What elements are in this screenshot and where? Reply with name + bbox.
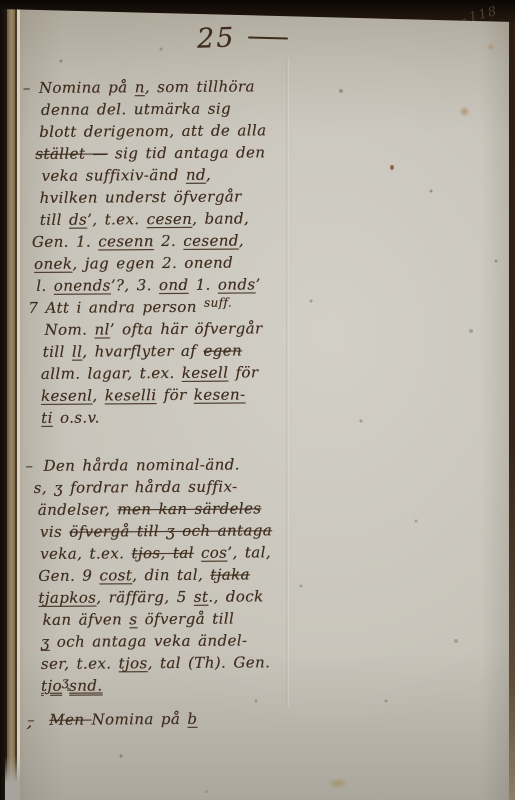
manuscript-line: blott derigenom, att de alla bbox=[39, 119, 288, 143]
struck-word: tjaka bbox=[210, 565, 250, 583]
page-stack-edge bbox=[7, 0, 15, 800]
manuscript-line: tjapkos, räffärg, 5 st., dock bbox=[38, 585, 291, 609]
text-segment: suff. bbox=[204, 295, 232, 309]
underlined-word: tjapkos bbox=[38, 588, 96, 606]
book-edge-right bbox=[509, 0, 515, 800]
underlined-word: keselli bbox=[105, 386, 157, 404]
text-segment: Nomina på bbox=[39, 78, 135, 97]
underlined-word: nd bbox=[186, 166, 206, 184]
text-segment: Den hårda nominal-änd. bbox=[43, 455, 239, 474]
text-segment: ’ bbox=[255, 275, 260, 293]
manuscript-line: vis öfvergå till ʒ och antaga bbox=[40, 519, 291, 543]
manuscript-line: kesenl, keselli för kesen- bbox=[41, 383, 290, 407]
text-segment: till bbox=[43, 343, 72, 361]
ink-stain bbox=[390, 165, 394, 170]
text-segment bbox=[194, 544, 201, 562]
manuscript-line: allm. lagar, t.ex. kesell för bbox=[41, 361, 290, 385]
underlined-word: kesenl bbox=[41, 386, 93, 404]
underlined-word: snd. bbox=[69, 676, 102, 694]
text-segment: Nomina på bbox=[91, 710, 187, 729]
manuscript-line: hvilken underst öfvergår bbox=[39, 185, 288, 209]
manuscript-line: Nom. nl’ ofta här öfvergår bbox=[44, 317, 289, 341]
underlined-word: cesend bbox=[183, 231, 239, 249]
underlined-word: tjo bbox=[41, 677, 62, 695]
book-spine bbox=[0, 0, 7, 800]
text-segment: kan äfven bbox=[42, 610, 129, 629]
manuscript-line: stället — sig tid antaga den bbox=[35, 141, 288, 165]
manuscript-line: ser, t.ex. tjos, tal (Th). Gen. bbox=[41, 651, 292, 675]
manuscript-line: till ds’, t.ex. cesen, band, bbox=[40, 207, 289, 231]
struck-word: öfvergå till ʒ och antaga bbox=[69, 521, 272, 540]
text-segment: hvilken underst öfvergår bbox=[40, 187, 242, 206]
manuscript-line: Den hårda nominal-änd. bbox=[43, 453, 290, 477]
underlined-word: tjos bbox=[118, 654, 147, 672]
text-segment: ändelser, bbox=[38, 500, 118, 519]
manuscript-line: kan äfven s öfvergå till bbox=[42, 607, 291, 631]
underlined-word: s bbox=[129, 610, 137, 628]
underlined-word: ʒ bbox=[62, 675, 69, 689]
text-segment: denna del. utmärka sig bbox=[41, 99, 231, 118]
text-segment: ’ ofta här öfvergår bbox=[110, 319, 263, 338]
manuscript-text: –Nomina på n, som tillhöradenna del. utm… bbox=[26, 75, 293, 731]
text-segment: l. bbox=[36, 277, 54, 295]
text-segment: ser, t.ex. bbox=[41, 654, 119, 673]
manuscript-paragraph: –Men Nomina på b bbox=[30, 707, 292, 731]
text-segment: för bbox=[156, 386, 193, 404]
text-segment: veka, t.ex. bbox=[40, 544, 132, 563]
text-segment: blott derigenom, att de alla bbox=[39, 121, 266, 141]
manuscript-line: Gen. 9 cost, din tal, tjaka bbox=[38, 563, 291, 587]
underlined-word: nl bbox=[94, 320, 109, 338]
struck-word: egen bbox=[203, 341, 242, 359]
struck-word: stället — bbox=[35, 144, 108, 163]
underlined-word: cost bbox=[99, 566, 132, 584]
text-segment: 7 Att i andra person bbox=[28, 298, 204, 317]
manuscript-paragraph: –Den hårda nominal-änd.s, ʒ fordrar hård… bbox=[28, 453, 292, 697]
text-segment: , bbox=[239, 231, 244, 249]
paragraph-dash-marker: – bbox=[25, 455, 33, 477]
struck-word: Men bbox=[49, 710, 91, 728]
text-segment: 2. bbox=[154, 232, 184, 250]
manuscript-line: ʒ och antaga veka ändel- bbox=[41, 629, 292, 653]
text-segment: 1. bbox=[188, 276, 218, 294]
text-segment: Gen. 9 bbox=[38, 566, 99, 584]
text-segment: för bbox=[228, 363, 258, 381]
text-segment: , jag egen 2. onend bbox=[72, 253, 233, 272]
rust-stain bbox=[487, 43, 495, 51]
text-segment: , räffärg, 5 bbox=[96, 588, 194, 607]
text-segment: öfvergå till bbox=[137, 609, 234, 628]
underlined-word: cesen bbox=[147, 210, 193, 228]
underlined-word: onds bbox=[218, 275, 256, 293]
page-number: 25 bbox=[196, 22, 235, 54]
page-stack-highlight-line bbox=[17, 0, 20, 800]
text-segment: Gen. 1. bbox=[32, 232, 98, 250]
underlined-word: kesell bbox=[182, 364, 229, 382]
text-segment: , tal (Th). Gen. bbox=[147, 653, 270, 672]
manuscript-line: Nomina på n, som tillhöra bbox=[39, 75, 288, 99]
paper-speck bbox=[205, 790, 208, 793]
underlined-word: b bbox=[187, 710, 197, 728]
manuscript-line: 7 Att i andra person suff. bbox=[28, 295, 289, 319]
text-segment: veka suffixiv-änd bbox=[41, 166, 186, 185]
text-segment: sig tid antaga den bbox=[108, 143, 266, 162]
manuscript-line: Gen. 1. cesenn 2. cesend, bbox=[32, 229, 289, 253]
paragraph-dash-marker: – bbox=[23, 77, 31, 99]
manuscript-line: onek, jag egen 2. onend bbox=[34, 251, 289, 275]
underlined-word: ll bbox=[72, 343, 83, 361]
manuscript-line: ti o.s.v. bbox=[41, 405, 290, 429]
underlined-word: ds bbox=[69, 210, 87, 228]
text-segment: s, ʒ fordrar hårda suffix- bbox=[34, 477, 238, 496]
text-segment: ’?, 3. bbox=[111, 276, 159, 294]
text-segment: allm. lagar, t.ex. bbox=[41, 364, 182, 383]
underlined-word: cesenn bbox=[98, 232, 154, 250]
text-segment: vis bbox=[40, 523, 69, 541]
underlined-word: kesen- bbox=[194, 385, 246, 403]
struck-word: tjos, tal bbox=[131, 544, 193, 562]
underlined-word: st bbox=[194, 588, 209, 606]
manuscript-line: veka suffixiv-änd nd, bbox=[41, 163, 288, 187]
text-segment: , bbox=[92, 386, 104, 404]
manuscript-line: l. onends’?, 3. ond 1. onds’ bbox=[36, 273, 289, 297]
underlined-word: ti bbox=[41, 409, 53, 427]
underlined-word: n bbox=[135, 78, 145, 96]
text-segment: och antaga veka ändel- bbox=[49, 631, 247, 650]
manuscript-line: till ll, hvarflyter af egen bbox=[43, 339, 290, 363]
text-segment: till bbox=[40, 211, 69, 229]
text-segment: Nom. bbox=[44, 320, 94, 338]
rust-stain bbox=[459, 106, 470, 117]
manuscript-line: Men Nomina på b bbox=[49, 707, 292, 731]
text-segment: ., dock bbox=[208, 587, 263, 605]
manuscript-line: denna del. utmärka sig bbox=[41, 97, 288, 121]
paragraph-dash-marker: – bbox=[27, 709, 35, 731]
underlined-word: onends bbox=[54, 276, 111, 294]
text-segment: , hvarflyter af bbox=[82, 342, 203, 361]
underlined-word: ond bbox=[159, 276, 189, 294]
underlined-word: cos bbox=[201, 544, 227, 562]
text-segment: , som tillhöra bbox=[145, 77, 255, 96]
text-segment: ’, t.ex. bbox=[87, 210, 147, 228]
manuscript-photo: 25 118 –Nomina på n, som tillhöradenna d… bbox=[0, 0, 515, 800]
underlined-word: ʒ bbox=[41, 633, 50, 651]
text-segment: ’, tal, bbox=[227, 543, 271, 561]
text-segment: , din tal, bbox=[132, 566, 210, 585]
manuscript-line: s, ʒ fordrar hårda suffix- bbox=[34, 475, 291, 499]
manuscript-paragraph: –Nomina på n, som tillhöradenna del. utm… bbox=[26, 75, 290, 429]
yellow-stain bbox=[328, 778, 348, 789]
underlined-word: onek bbox=[34, 255, 72, 273]
manuscript-line: veka, t.ex. tjos, tal cos’, tal, bbox=[40, 541, 291, 565]
text-segment: , bbox=[206, 166, 211, 184]
text-segment: , band, bbox=[192, 209, 249, 227]
struck-word: men kan särdeles bbox=[117, 499, 261, 518]
manuscript-line: tjoʒsnd. bbox=[41, 673, 292, 697]
background-corner bbox=[5, 756, 20, 800]
manuscript-line: ändelser, men kan särdeles bbox=[38, 497, 291, 521]
text-segment: o.s.v. bbox=[53, 408, 100, 426]
